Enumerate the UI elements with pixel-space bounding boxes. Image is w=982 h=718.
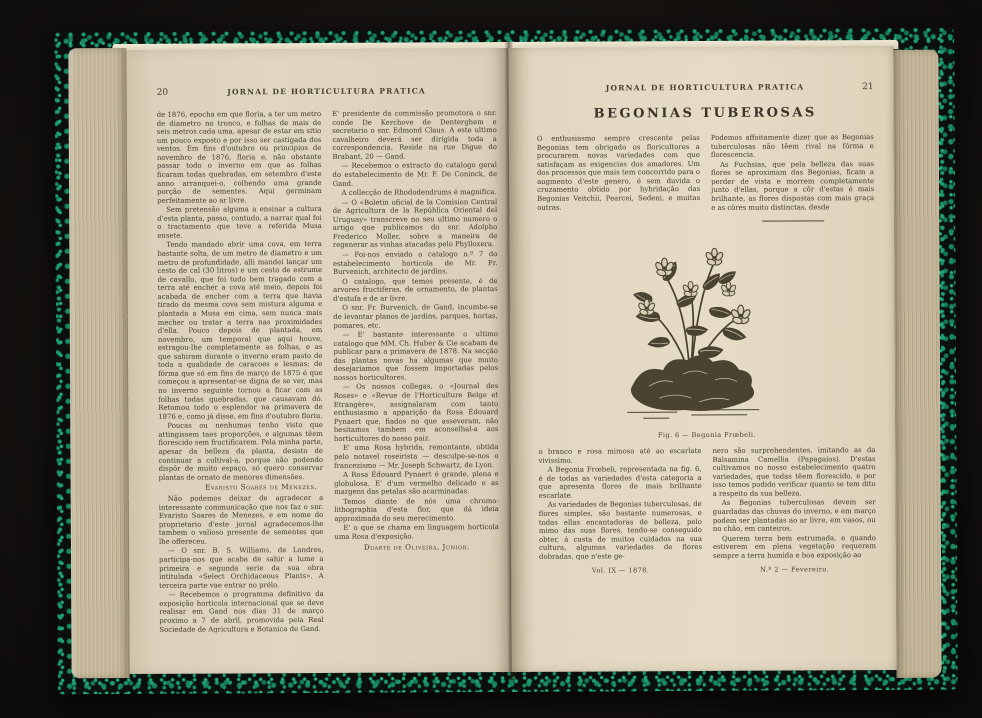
- body-paragraph: A Begonia Frœbeli, representada na fig. …: [539, 465, 702, 500]
- right-top-column-2: Podemos affoitamente dizer que as Begoni…: [711, 133, 874, 222]
- figure-caption: Fig. 6 — Begonia Frœbeli.: [538, 430, 875, 440]
- left-column-2: E' presidente da commissão promotora o s…: [332, 109, 499, 632]
- left-page-number: 20: [157, 88, 203, 98]
- body-paragraph: Poucas ou nenhumas tenho visto que attin…: [158, 421, 323, 482]
- body-paragraph: As Begonias tuberculosas devem ser guard…: [713, 499, 876, 534]
- body-paragraph: nero são surprehendentes, imitando as da…: [712, 446, 875, 498]
- right-bottom-column-2: nero são surprehendentes, imitando as da…: [712, 446, 876, 574]
- page-block: 20 JORNAL DE HORTICULTURA PRATICA de 187…: [68, 40, 941, 683]
- right-page: JORNAL DE HORTICULTURA PRATICA 21 BEGONI…: [508, 46, 896, 672]
- left-running-header: 20 JORNAL DE HORTICULTURA PRATICA: [157, 86, 497, 98]
- left-running-title: JORNAL DE HORTICULTURA PRATICA: [203, 86, 451, 96]
- body-paragraph: — Foi-nos enviado o catalogo n.º 7 do es…: [333, 250, 498, 277]
- signature: Duarte de Oliveira, Junior.: [334, 543, 499, 553]
- body-paragraph: — O «Boletin oficial de la Comision Cent…: [333, 198, 498, 250]
- body-paragraph: E' uma Rosa hybrida, remontante, obtida …: [334, 443, 499, 470]
- book-cover-marbled: 20 JORNAL DE HORTICULTURA PRATICA de 187…: [54, 28, 957, 695]
- right-running-header: JORNAL DE HORTICULTURA PRATICA 21: [537, 82, 874, 94]
- body-paragraph: Não podemos deixar de agradecer a intere…: [159, 494, 324, 546]
- right-running-title: JORNAL DE HORTICULTURA PRATICA: [583, 82, 828, 92]
- page-edges-left: [68, 48, 129, 678]
- right-top-columns: O enthusiasmo sempre crescente pelas Beg…: [537, 133, 874, 223]
- body-paragraph: O snr. Fr. Burvenich, de Gand, incumbe-s…: [333, 303, 498, 330]
- body-paragraph: As variedades de Begonias tuberculosas, …: [539, 500, 702, 561]
- volume-footer: Vol. IX — 1878.: [539, 566, 702, 575]
- signature: Evaristo Soares de Menezes.: [159, 483, 324, 493]
- right-top-column-1: O enthusiasmo sempre crescente pelas Beg…: [537, 134, 700, 223]
- section-rule: [762, 220, 824, 221]
- begonia-engraving-icon: [598, 224, 781, 423]
- right-bottom-columns: o branco e rosa mimoso até ao escarlate …: [538, 446, 876, 575]
- body-paragraph: O enthusiasmo sempre crescente pelas Beg…: [537, 134, 700, 212]
- body-paragraph: — O snr. B. S. Williams, de Londres, par…: [159, 546, 324, 590]
- body-paragraph: de 1876, epocha em que floria, a ter um …: [157, 110, 322, 205]
- article-title: BEGONIAS TUBEROSAS: [537, 105, 874, 122]
- body-paragraph: A Rosa Édouard Pynaert é grande, plena e…: [334, 470, 499, 497]
- body-paragraph: As Fuchsias, que pela belleza das suas f…: [711, 160, 874, 212]
- body-paragraph: O catalogo, que temos presente, é de arv…: [333, 277, 498, 304]
- figure-block: Fig. 6 — Begonia Frœbeli.: [537, 223, 875, 440]
- body-paragraph: Tendo mandado abrir uma cova, em terra b…: [157, 240, 322, 421]
- right-bottom-column-1: o branco e rosa mimoso até ao escarlate …: [538, 447, 702, 575]
- right-page-number: 21: [828, 82, 874, 92]
- issue-footer: N.º 2 — Fevereiro.: [713, 565, 876, 574]
- left-column-1: de 1876, epocha em que floria, a ter um …: [157, 110, 324, 633]
- page-edges-right: [893, 50, 941, 678]
- body-paragraph: o branco e rosa mimoso até ao escarlate …: [538, 447, 701, 465]
- body-paragraph: Podemos affoitamente dizer que as Begoni…: [711, 133, 874, 160]
- body-paragraph: — Os nossos collegas, o «Journal des Ros…: [334, 382, 499, 443]
- body-paragraph: — E' bastante interessante o ultimo cata…: [333, 330, 498, 382]
- body-paragraph: A collecção de Rhododendrums é magnifica…: [333, 188, 498, 197]
- body-paragraph: Temos diante de nós uma chromo-lithograp…: [334, 497, 499, 524]
- body-paragraph: Querem terra bem estrumada, e quando est…: [713, 534, 876, 561]
- body-paragraph: E' o que se chama em linguagem horticola…: [334, 523, 499, 541]
- body-paragraph: Sem pretensão alguma a ensinar a cultura…: [157, 205, 322, 240]
- left-page: 20 JORNAL DE HORTICULTURA PRATICA de 187…: [126, 48, 511, 674]
- book-photograph: 20 JORNAL DE HORTICULTURA PRATICA de 187…: [0, 0, 982, 718]
- body-paragraph: — Recebemos o extracto do catalogo geral…: [332, 161, 497, 188]
- body-paragraph: — Recebemos o programma definitivo da ex…: [159, 590, 324, 633]
- body-paragraph: E' presidente da commissão promotora o s…: [332, 109, 497, 161]
